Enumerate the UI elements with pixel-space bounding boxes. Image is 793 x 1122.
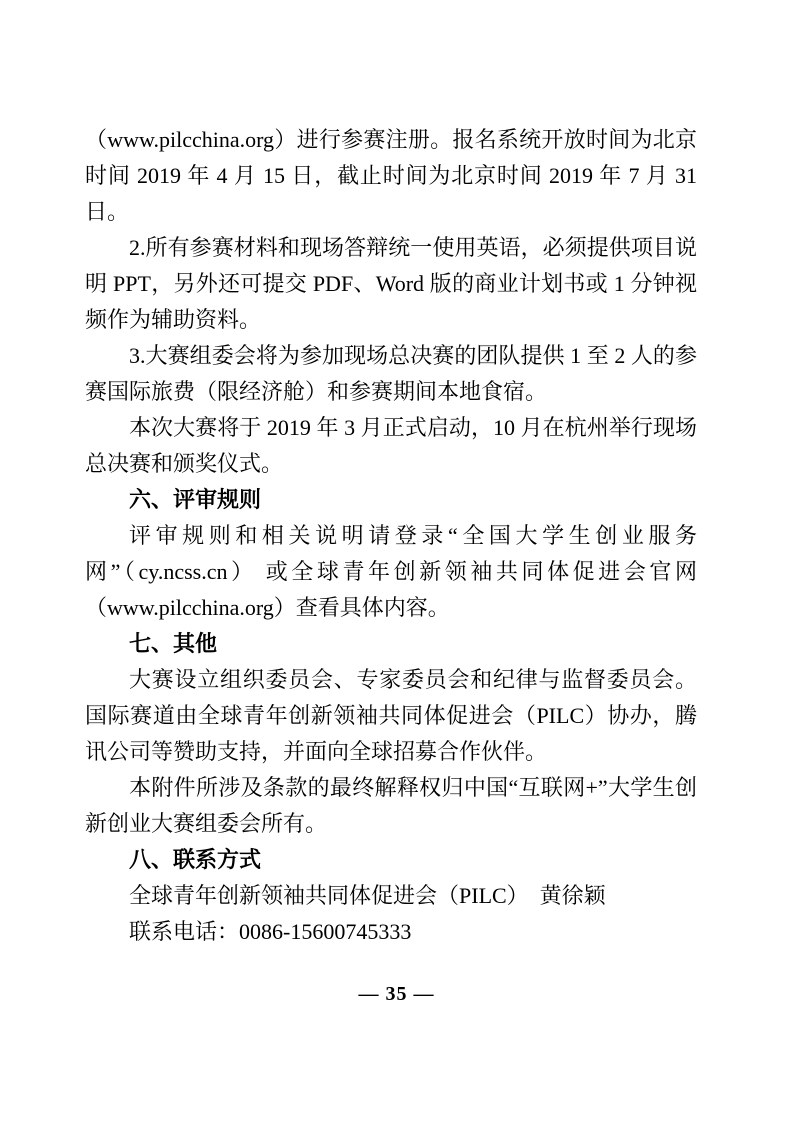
paragraph: 评审规则和相关说明请登录“全国大学生创业服务网”（cy.ncss.cn） 或全球…	[85, 518, 697, 626]
page-footer: — 35 —	[0, 983, 793, 1006]
paragraph: （www.pilcchina.org）进行参赛注册。报名系统开放时间为北京时间 …	[85, 122, 697, 230]
section-heading: 八、联系方式	[85, 842, 697, 878]
paragraph: 3.大赛组委会将为参加现场总决赛的团队提供 1 至 2 人的参赛国际旅费（限经济…	[85, 338, 697, 410]
paragraph: 本次大赛将于 2019 年 3 月正式启动，10 月在杭州举行现场总决赛和颁奖仪…	[85, 410, 697, 482]
paragraph: 大赛设立组织委员会、专家委员会和纪律与监督委员会。国际赛道由全球青年创新领袖共同…	[85, 662, 697, 770]
section-heading: 六、评审规则	[85, 482, 697, 518]
paragraph: 2.所有参赛材料和现场答辩统一使用英语，必须提供项目说明 PPT，另外还可提交 …	[85, 230, 697, 338]
section-heading: 七、其他	[85, 626, 697, 662]
document-body: （www.pilcchina.org）进行参赛注册。报名系统开放时间为北京时间 …	[85, 122, 697, 950]
page-number: — 35 —	[359, 983, 435, 1005]
paragraph: 全球青年创新领袖共同体促进会（PILC） 黄徐颖	[85, 878, 697, 914]
paragraph: 本附件所涉及条款的最终解释权归中国“互联网+”大学生创新创业大赛组委会所有。	[85, 770, 697, 842]
paragraph: 联系电话：0086-15600745333	[85, 914, 697, 950]
